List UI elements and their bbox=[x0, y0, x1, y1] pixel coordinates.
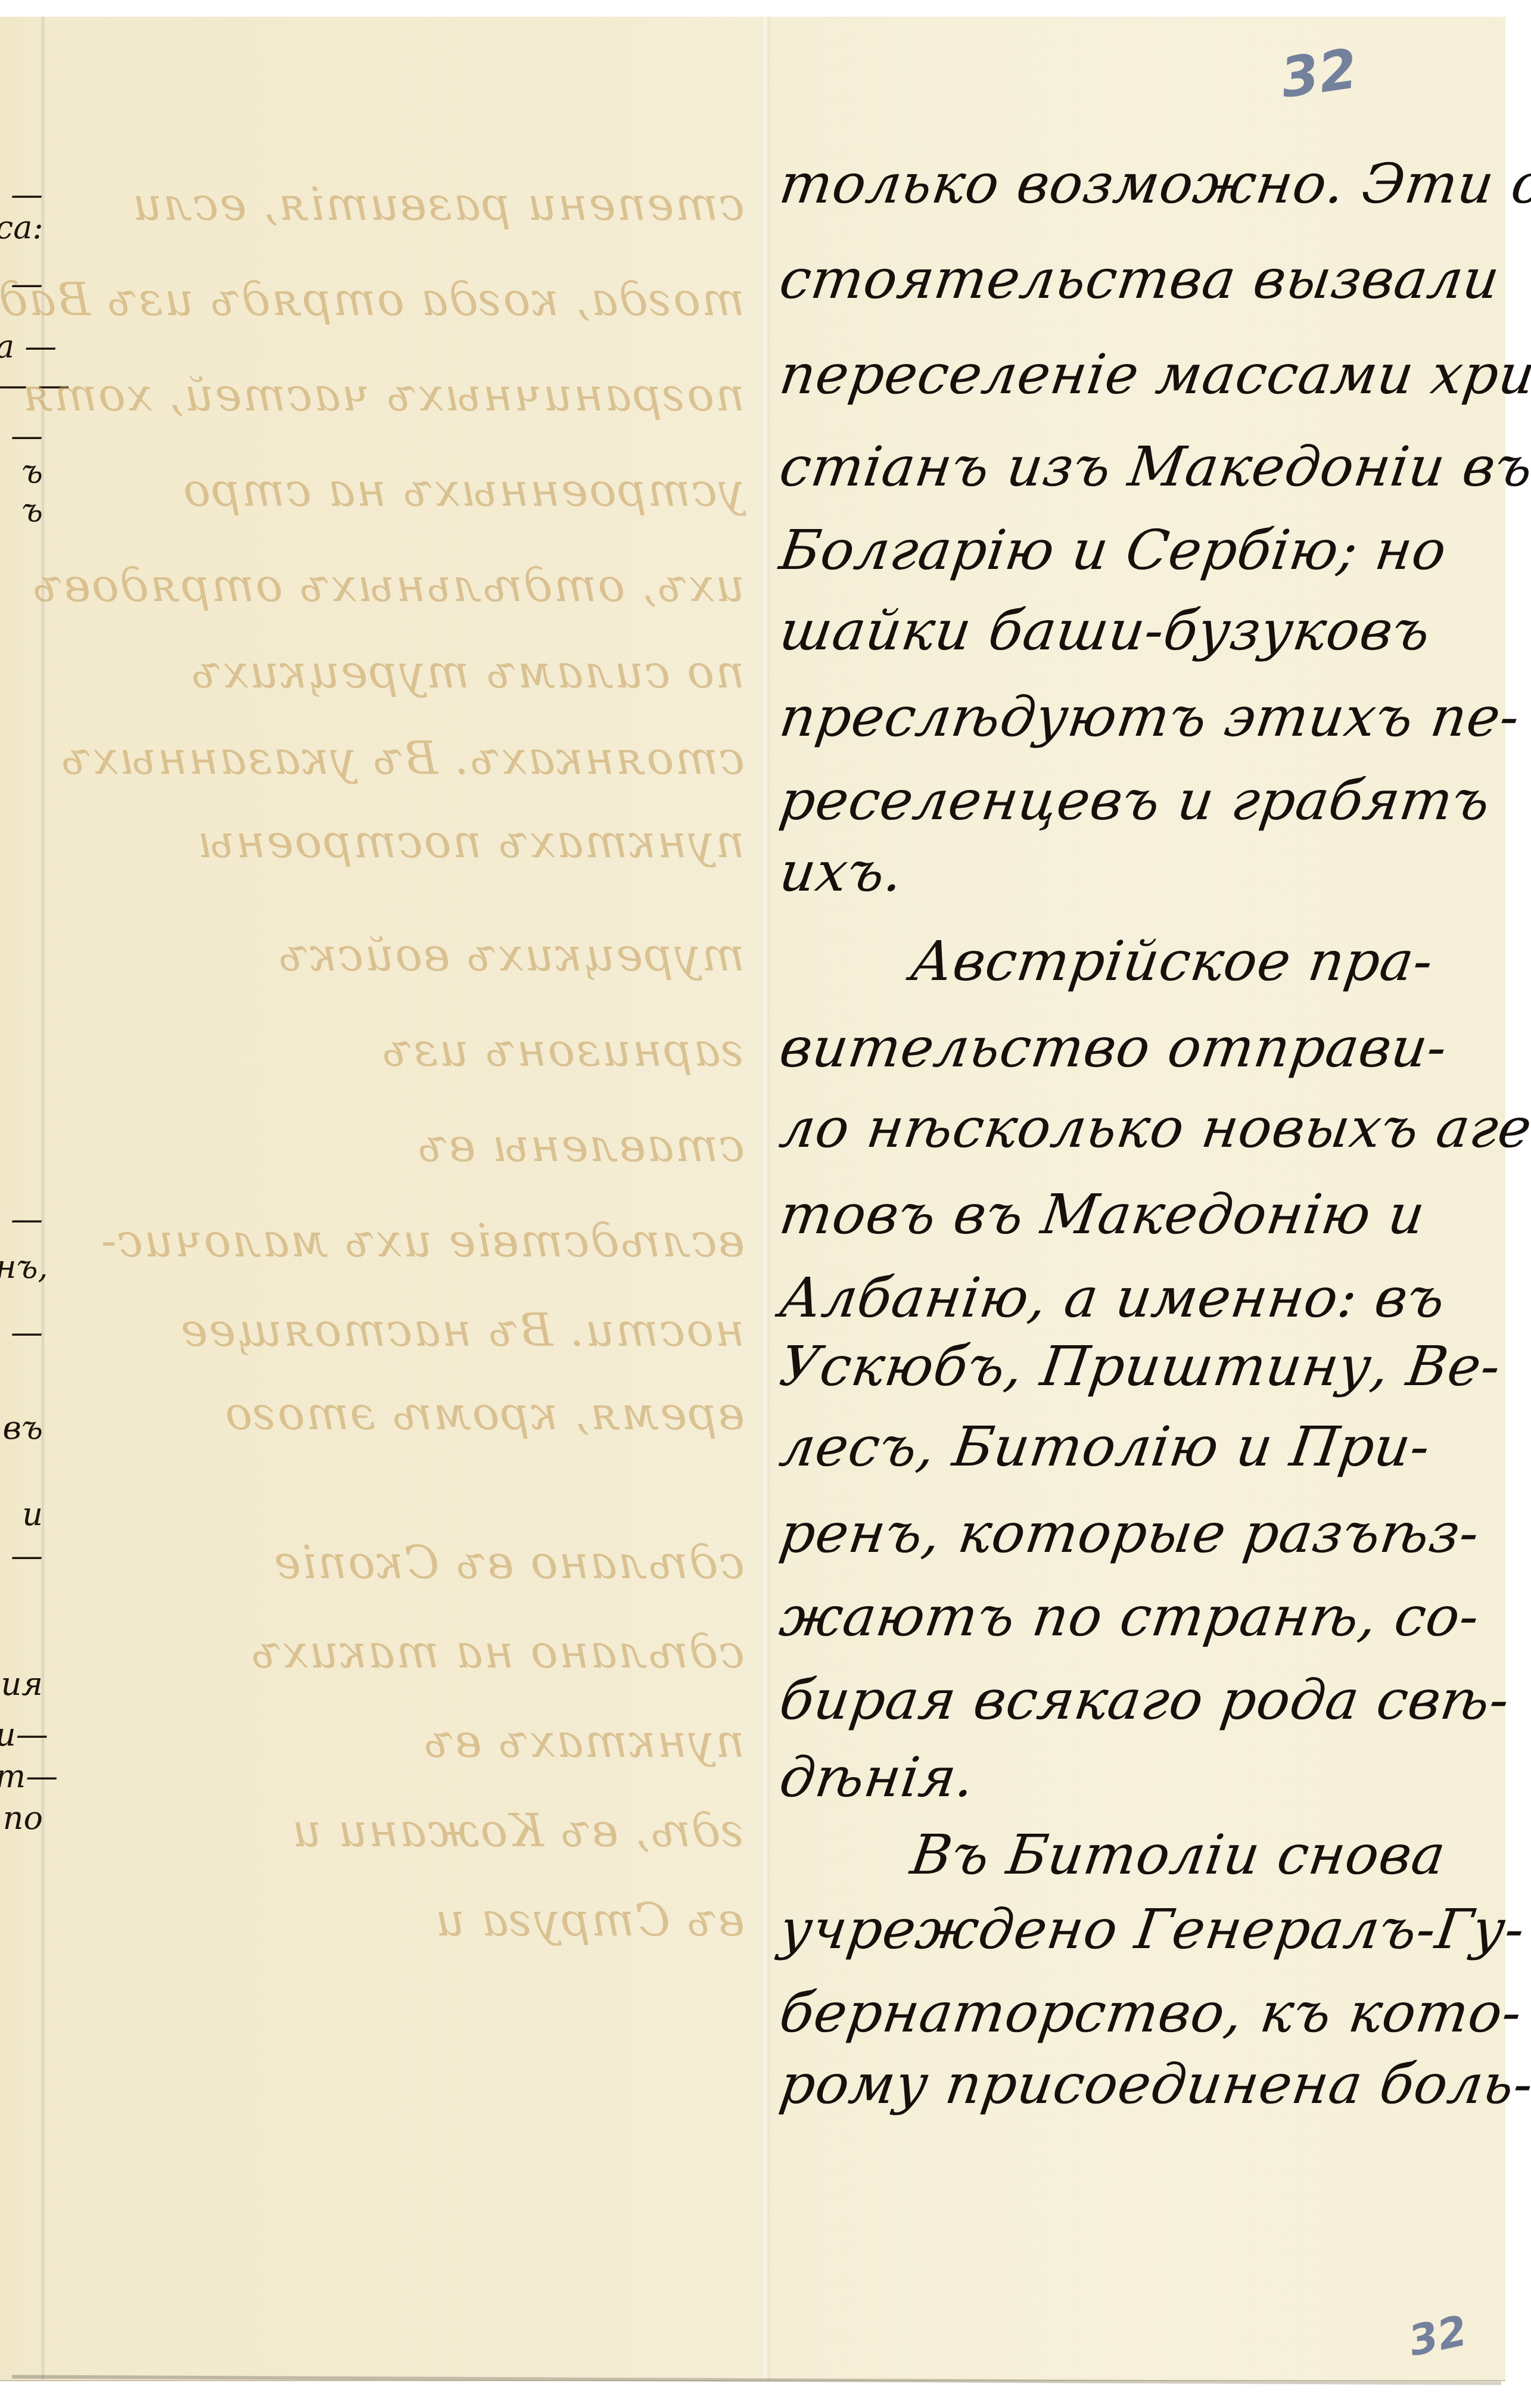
bleed-through-text: степени развитія, если тогда, когда отря… bbox=[60, 17, 757, 2380]
text-line: только возможно. Эти об- bbox=[776, 152, 1531, 216]
bleed-line: ставлены въ bbox=[60, 1119, 745, 1172]
bleed-line: турецкихъ войскъ bbox=[60, 928, 745, 981]
folio-number-top: 32 bbox=[1277, 37, 1361, 111]
text-line: преслѣдуютъ этихъ пе- bbox=[776, 685, 1524, 749]
text-line-paragraph-start: Австрійское пра- bbox=[907, 929, 1437, 993]
fragment: — bbox=[0, 1317, 43, 1349]
bleed-line: ихъ, отдѣльныхъ отрядовъ bbox=[60, 559, 745, 612]
fragment: ъ bbox=[0, 456, 43, 488]
bleed-line: тогда, когда отрядъ изъ Ваду bbox=[60, 273, 745, 326]
bleed-line: гдѣ, въ Кожани и bbox=[60, 1804, 745, 1857]
fragment: и bbox=[0, 1498, 43, 1530]
fragment: — bbox=[0, 420, 43, 452]
bleed-line: сдѣлано на такихъ bbox=[60, 1625, 745, 1678]
text-line: бернаторство, къ кото- bbox=[776, 1981, 1526, 2045]
bleed-line: гарнизонъ изъ bbox=[60, 1023, 745, 1077]
text-line: стіанъ изъ Македоніи въ bbox=[776, 435, 1531, 499]
text-line: Албанію, а именно: въ bbox=[776, 1266, 1449, 1330]
fragment: нъ, bbox=[0, 1251, 43, 1283]
text-line: бирая всякаго рода свѣ- bbox=[776, 1668, 1513, 1732]
text-line-paragraph-start: Въ Битоліи снова bbox=[907, 1823, 1449, 1887]
text-line: Ускюбъ, Приштину, Ве- bbox=[776, 1334, 1505, 1398]
text-line: дѣнія. bbox=[776, 1746, 979, 1809]
fragment: — bbox=[0, 1540, 43, 1572]
bleed-line: сдѣлано въ Скопіе bbox=[60, 1536, 745, 1589]
fragment: — bbox=[0, 179, 43, 211]
text-line: товъ въ Македонію и bbox=[776, 1183, 1429, 1246]
bleed-line: устроенныхъ на стро bbox=[60, 463, 745, 517]
bleed-line: стоянкахъ. Въ указанныхъ bbox=[60, 732, 745, 785]
text-line: рому присоединена боль- bbox=[776, 2052, 1531, 2116]
text-line: шайки баши-бузуковъ bbox=[776, 599, 1434, 662]
bleed-line: ности. Въ настоящее bbox=[60, 1303, 745, 1357]
bleed-line: пограничныхъ частей, хотя bbox=[60, 368, 745, 421]
bleed-line: пунктахъ построены bbox=[60, 815, 745, 868]
fragment: т— bbox=[0, 1760, 43, 1793]
text-line: Болгарію и Сербію; но bbox=[776, 518, 1451, 582]
fragment: ъ bbox=[0, 494, 43, 527]
text-line: ло нѣсколько новыхъ аген- bbox=[776, 1096, 1531, 1160]
main-text-column: только возможно. Эти об- стоятельства вы… bbox=[780, 0, 1501, 2408]
fragment: а — bbox=[0, 331, 43, 363]
bleed-line: вслѣдствіе ихъ малочис- bbox=[60, 1214, 745, 1267]
text-line: ихъ. bbox=[776, 840, 907, 904]
center-fold-crease bbox=[763, 17, 771, 2380]
bleed-line: степени развитія, если bbox=[60, 178, 745, 231]
text-line: ренъ, которые разъѣз- bbox=[776, 1501, 1483, 1565]
fragment: въ bbox=[0, 1412, 43, 1444]
text-line: учреждено Генералъ-Гу- bbox=[776, 1897, 1529, 1961]
text-line: жаютъ по странѣ, со- bbox=[776, 1585, 1483, 1648]
fragment: и— bbox=[0, 1719, 43, 1751]
text-line: вительство отправи- bbox=[776, 1016, 1451, 1079]
bleed-line: пунктахъ въ bbox=[60, 1715, 745, 1768]
fragment: са: bbox=[0, 211, 43, 244]
text-line: лесъ, Битолію и При- bbox=[776, 1415, 1434, 1479]
text-line: стоятельства вызвали bbox=[776, 247, 1504, 311]
text-line: реселенцевъ и грабятъ bbox=[776, 769, 1494, 832]
text-line: переселеніе массами хри- bbox=[776, 343, 1531, 406]
bleed-line: по силамъ турецкихъ bbox=[60, 645, 745, 698]
bleed-line: въ Струга и bbox=[60, 1893, 745, 1946]
fragment: ия bbox=[0, 1668, 43, 1700]
fragment: — bbox=[0, 1203, 43, 1236]
fragment: по bbox=[0, 1802, 43, 1834]
bleed-line: время, кромѣ этого bbox=[60, 1387, 745, 1440]
